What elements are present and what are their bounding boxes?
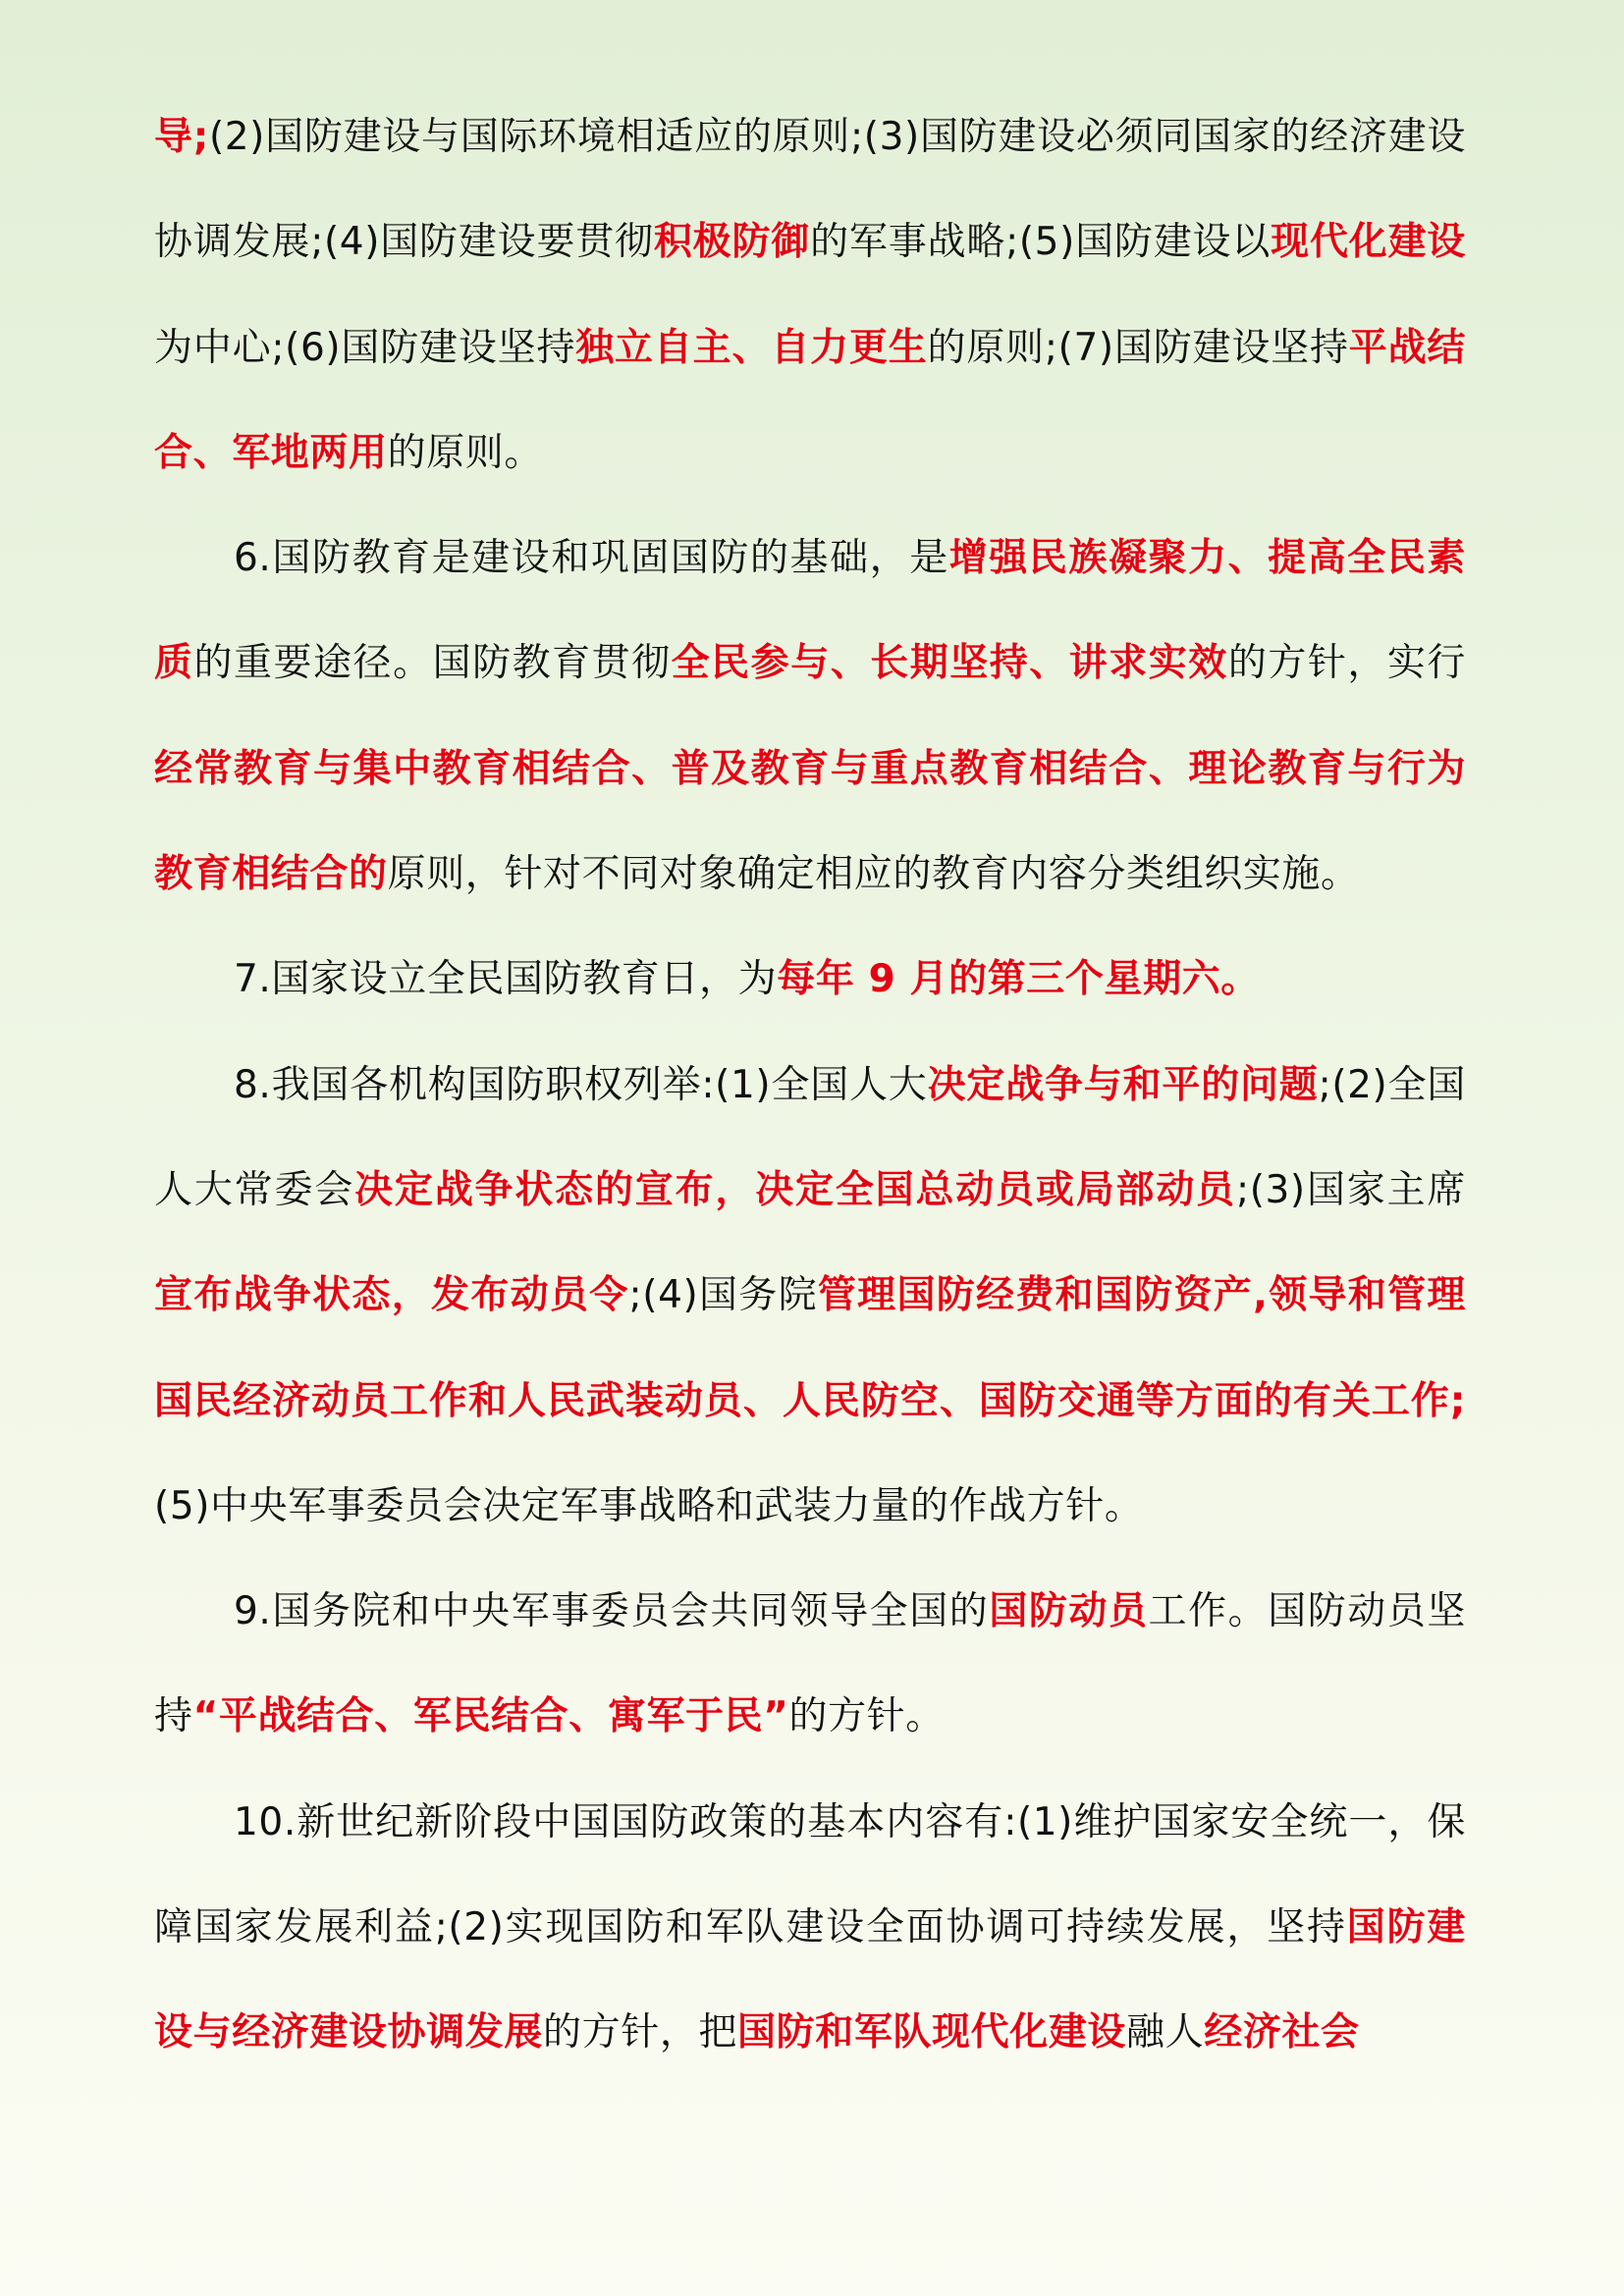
body-text: 原则，针对不同对象确定相应的教育内容分类组织实施。 <box>388 852 1360 896</box>
highlighted-text: 独立自主、自力更生 <box>575 326 927 370</box>
body-text: 为中心;(6)国防建设坚持 <box>154 326 575 370</box>
body-text: 的原则;(7)国防建设坚持 <box>928 326 1349 370</box>
paragraph-item-10-defense-policy: 10.新世纪新阶段中国国防政策的基本内容有:(1)维护国家安全统一，保障国家发展… <box>154 1770 1466 2086</box>
paragraph-item-9-mobilization: 9.国务院和中央军事委员会共同领导全国的国防动员工作。国防动员坚持“平战结合、军… <box>154 1559 1466 1770</box>
highlighted-text: 积极防御 <box>654 220 810 264</box>
body-text: 7.国家设立全民国防教育日，为 <box>234 957 777 1001</box>
highlighted-text: 经济社会 <box>1204 2010 1359 2055</box>
body-text: ;(3)国家主席 <box>1236 1168 1466 1212</box>
body-text: 8.我国各机构国防职权列举:(1)全国人大 <box>234 1063 928 1107</box>
highlighted-text: 导; <box>154 115 209 159</box>
highlighted-text: 决定战争状态的宣布，决定全国总动员或局部动员 <box>354 1168 1236 1212</box>
body-text: 的方针。 <box>788 1694 944 1738</box>
paragraph-item-8-institutional-powers: 8.我国各机构国防职权列举:(1)全国人大决定战争与和平的问题;(2)全国人大常… <box>154 1033 1466 1559</box>
highlighted-text: 国防和军队现代化建设 <box>737 2010 1126 2055</box>
body-text: 6.国防教育是建设和巩固国防的基础，是 <box>234 536 949 580</box>
body-text: ;(4)国务院 <box>629 1273 818 1317</box>
body-text: 9.国务院和中央军事委员会共同领导全国的 <box>234 1589 989 1633</box>
highlighted-text: “平战结合、军民结合、寓军于民” <box>193 1694 789 1738</box>
highlighted-text: 宣布战争状态，发布动员令 <box>154 1273 629 1317</box>
highlighted-text: 国防动员 <box>989 1589 1148 1633</box>
body-text: 10.新世纪新阶段中国国防政策的基本内容有:(1)维护国家安全统一，保障国家发展… <box>154 1800 1466 1949</box>
paragraph-item-7-education-day: 7.国家设立全民国防教育日，为每年 9 月的第三个星期六。 <box>154 927 1466 1032</box>
body-text: 的军事战略;(5)国防建设以 <box>810 220 1271 264</box>
body-text: 的方针，实行 <box>1228 641 1466 685</box>
body-text: 融人 <box>1126 2010 1204 2055</box>
highlighted-text: 决定战争与和平的问题 <box>928 1063 1319 1107</box>
highlighted-text: 现代化建设 <box>1271 220 1466 264</box>
highlighted-text: 全民参与、长期坚持、讲求实效 <box>672 641 1228 685</box>
body-text: 的重要途径。国防教育贯彻 <box>194 641 672 685</box>
body-text: (5)中央军事委员会决定军事战略和武装力量的作战方针。 <box>154 1484 1143 1528</box>
body-text: 的原则。 <box>388 431 543 475</box>
paragraph-principles-continued: 导;(2)国防建设与国际环境相适应的原则;(3)国防建设必须同国家的经济建设协调… <box>154 84 1466 506</box>
paragraph-item-6-national-defense-education: 6.国防教育是建设和巩固国防的基础，是增强民族凝聚力、提高全民素质的重要途径。国… <box>154 506 1466 927</box>
document-page: 导;(2)国防建设与国际环境相适应的原则;(3)国防建设必须同国家的经济建设协调… <box>154 84 1466 2086</box>
body-text: 的方针，把 <box>543 2010 737 2055</box>
highlighted-text: 每年 9 月的第三个星期六。 <box>777 957 1260 1001</box>
